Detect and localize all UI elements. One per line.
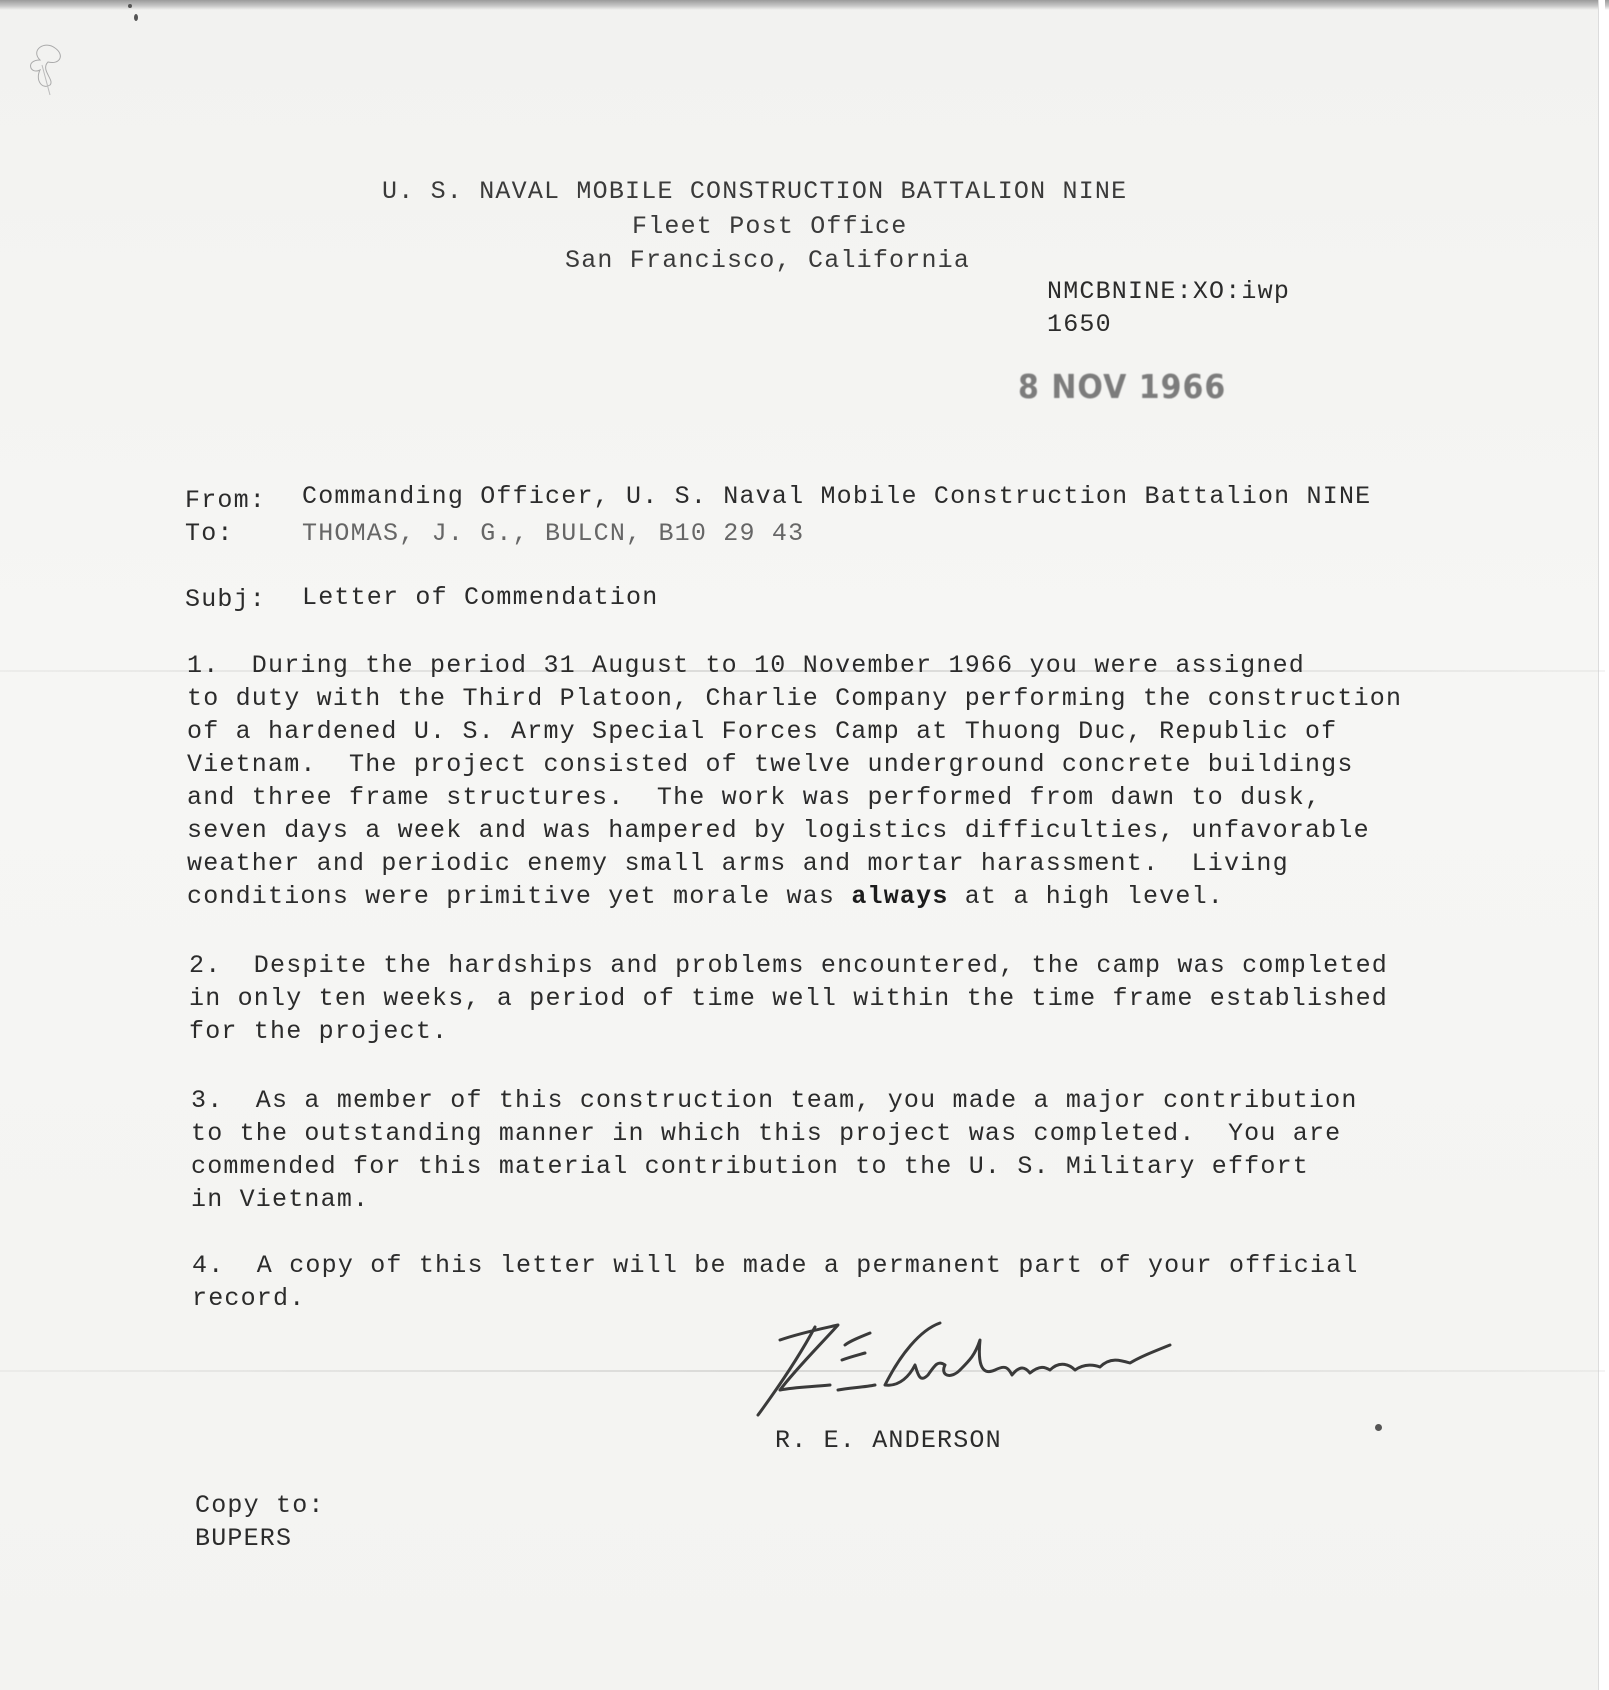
text-segment: at a high level. bbox=[949, 882, 1224, 911]
pencil-doodle-icon bbox=[20, 40, 70, 100]
reference-code: NMCBNINE:XO:iwp bbox=[1047, 276, 1290, 308]
paragraph-line: record. bbox=[192, 1283, 305, 1315]
paragraph-line: to duty with the Third Platoon, Charlie … bbox=[187, 683, 1402, 715]
paragraph-line: for the project. bbox=[189, 1016, 448, 1048]
paragraph-line: seven days a week and was hampered by lo… bbox=[187, 815, 1370, 847]
paragraph-line: Vietnam. The project consisted of twelve… bbox=[187, 749, 1354, 781]
subj-label: Subj: bbox=[185, 584, 266, 616]
letterhead-line-2: Fleet Post Office bbox=[632, 211, 907, 243]
text-segment: conditions were primitive yet morale was bbox=[187, 882, 851, 911]
ink-spot bbox=[134, 14, 138, 21]
paragraph-line: commended for this material contribution… bbox=[191, 1151, 1309, 1183]
paragraph-line: to the outstanding manner in which this … bbox=[191, 1118, 1341, 1150]
scan-top-edge bbox=[0, 0, 1609, 10]
from-value: Commanding Officer, U. S. Naval Mobile C… bbox=[302, 481, 1371, 513]
paragraph-line: in only ten weeks, a period of time well… bbox=[189, 983, 1388, 1015]
paragraph-line: 4. A copy of this letter will be made a … bbox=[192, 1250, 1359, 1282]
to-value: THOMAS, J. G., BULCN, B10 29 43 bbox=[302, 518, 804, 550]
ink-spot bbox=[128, 4, 132, 8]
paragraph-line: conditions were primitive yet morale was… bbox=[187, 881, 1224, 913]
paragraph-line: of a hardened U. S. Army Special Forces … bbox=[187, 716, 1337, 748]
paragraph-line: 2. Despite the hardships and problems en… bbox=[189, 950, 1388, 982]
letterhead-line-1: U. S. NAVAL MOBILE CONSTRUCTION BATTALIO… bbox=[382, 176, 1127, 208]
paragraph-line: 1. During the period 31 August to 10 Nov… bbox=[187, 650, 1305, 682]
ink-spot bbox=[1375, 1424, 1382, 1431]
from-label: From: bbox=[185, 485, 266, 517]
paragraph-line: and three frame structures. The work was… bbox=[187, 782, 1321, 814]
to-label: To: bbox=[185, 518, 234, 550]
paragraph-line: 3. As a member of this construction team… bbox=[191, 1085, 1358, 1117]
subj-value: Letter of Commendation bbox=[302, 582, 658, 614]
signer-typed-name: R. E. ANDERSON bbox=[775, 1425, 1002, 1457]
emphasis-always: always bbox=[851, 882, 948, 911]
copy-to-label: Copy to: bbox=[195, 1490, 325, 1522]
paragraph-line: in Vietnam. bbox=[191, 1184, 369, 1216]
date-stamp: 8 NOV 1966 bbox=[1018, 368, 1226, 407]
letterhead-line-3: San Francisco, California bbox=[565, 245, 970, 277]
paragraph-line: weather and periodic enemy small arms an… bbox=[187, 848, 1289, 880]
letter-page: U. S. NAVAL MOBILE CONSTRUCTION BATTALIO… bbox=[0, 0, 1605, 1690]
handwritten-signature-icon bbox=[750, 1315, 1230, 1425]
reference-serial: 1650 bbox=[1047, 309, 1112, 341]
scan-right-edge bbox=[1598, 0, 1605, 1690]
copy-to-recipient: BUPERS bbox=[195, 1523, 292, 1555]
